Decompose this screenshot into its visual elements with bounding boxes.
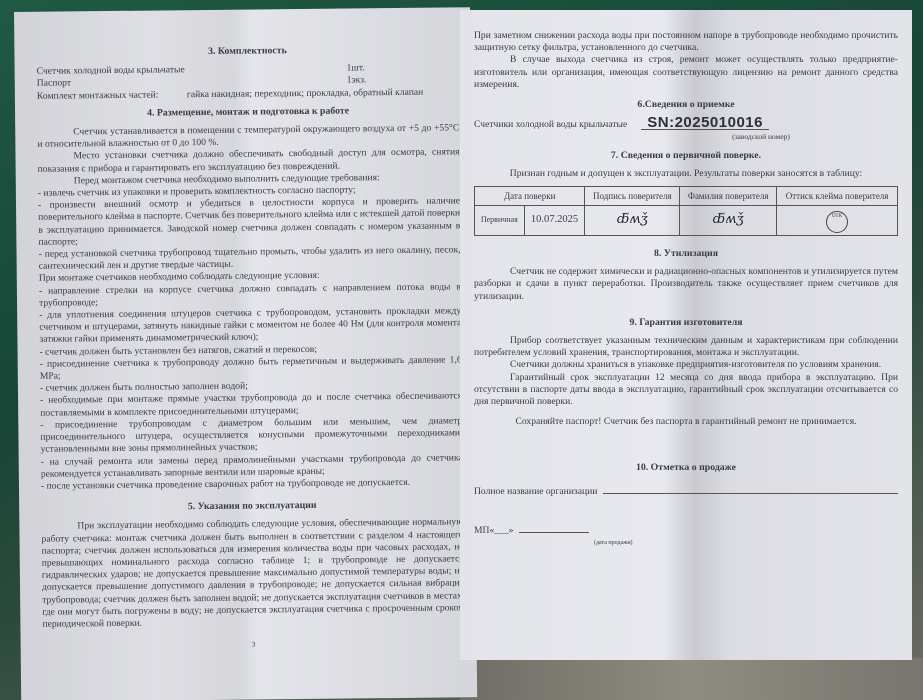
mp-row: МП«___» (474, 522, 898, 537)
header-signature: Подпись поверителя (585, 187, 680, 206)
section-7-title: 7. Сведения о первичной поверке. (474, 150, 898, 162)
passport-warning: Сохраняйте паспорт! Счетчик без паспорта… (474, 416, 898, 428)
paragraph: В случае выхода счетчика из строя, ремон… (474, 54, 898, 91)
meter-label: Счетчики холодной воды крыльчатые (474, 119, 627, 131)
kit-item-qty: 1экз. (347, 75, 367, 87)
header-date: Дата поверки (475, 187, 585, 206)
left-page: 3. Комплектность Счетчик холодной воды к… (14, 7, 477, 700)
serial-number: SN:2025010016 (641, 117, 769, 130)
verification-note: Признан годным и допущен к эксплуатации.… (474, 168, 898, 180)
section-5-body: При эксплуатации необходимо соблюдать сл… (41, 517, 464, 631)
acceptance-line: Счетчики холодной воды крыльчатые SN:202… (474, 117, 898, 131)
paragraph: При эксплуатации необходимо соблюдать сл… (41, 517, 464, 631)
paragraph: Счетчики должны храниться в упаковке пре… (474, 359, 898, 371)
cell-signature: ȸ̃ʍǯ (585, 206, 680, 236)
section-10-title: 10. Отметка о продаже (474, 462, 898, 474)
section-9-body: Прибор соответствует указанным техническ… (474, 335, 898, 408)
header-stamp: Оттиск клейма поверителя (777, 187, 898, 206)
paragraph: Прибор соответствует указанным техническ… (474, 335, 898, 359)
sale-date-caption: (дата продажи) (594, 537, 898, 549)
intro-body: При заметном снижении расхода воды при п… (474, 30, 898, 91)
kit-list: Счетчик холодной воды крыльчатые 1шт. Па… (37, 62, 459, 103)
org-name-field[interactable] (603, 483, 898, 494)
stamp-icon: OTK (826, 211, 848, 233)
paragraph: При заметном снижении расхода воды при п… (474, 30, 898, 54)
serial-caption: (заводской номер) (624, 131, 898, 143)
section-9-title: 9. Гарантия изготовителя (474, 317, 898, 329)
paragraph: Счетчик не содержит химически и радиацио… (474, 266, 898, 303)
cell-type: Первичная (475, 206, 525, 236)
signature-scribble: ȸ̃ʍǯ (617, 212, 648, 227)
kit-item-label: Комплект монтажных частей: (37, 89, 187, 103)
section-8-body: Счетчик не содержит химически и радиацио… (474, 266, 898, 303)
paragraph: Гарантийный срок эксплуатации 12 месяца … (474, 372, 898, 409)
cell-stamp: OTK (777, 206, 898, 236)
header-surname: Фамилия поверителя (680, 187, 777, 206)
table-header-row: Дата поверки Подпись поверителя Фамилия … (475, 187, 898, 206)
table-surface (460, 658, 923, 700)
paragraph: - присоединение трубопроводам с диаметро… (40, 415, 462, 456)
kit-item-qty: 1шт. (347, 63, 365, 75)
section-3-title: 3. Комплектность (36, 43, 458, 60)
paragraph: - для уплотнения соединения штуцеров сче… (39, 305, 461, 346)
right-page: При заметном снижении расхода воды при п… (460, 10, 912, 660)
mp-label: МП«___» (474, 525, 513, 537)
org-name-label: Полное название организации (474, 486, 597, 498)
org-name-line: Полное название организации (474, 483, 898, 498)
page-number: 3 (43, 636, 465, 653)
section-4-body: Счетчик устанавливается в помещении с те… (37, 122, 463, 492)
sale-date-field[interactable] (519, 522, 589, 533)
kit-item-value: гайка накидная; переходник; прокладка, о… (187, 86, 459, 101)
cell-date: 10.07.2025 (524, 206, 585, 236)
section-4-title: 4. Размещение, монтаж и подготовка к раб… (37, 104, 459, 121)
verification-table: Дата поверки Подпись поверителя Фамилия … (474, 186, 898, 236)
table-row: Первичная 10.07.2025 ȸ̃ʍǯ ȸ̃ʍǯ OTK (475, 206, 898, 236)
section-6-title: 6.Сведения о приемке (474, 99, 898, 111)
section-5-title: 5. Указания по эксплуатации (41, 498, 463, 515)
section-8-title: 8. Утилизация (474, 248, 898, 260)
paragraph: - произвести внешний осмотр и убедиться … (38, 196, 460, 249)
cell-surname: ȸ̃ʍǯ (680, 206, 777, 236)
signature-scribble: ȸ̃ʍǯ (713, 212, 744, 227)
